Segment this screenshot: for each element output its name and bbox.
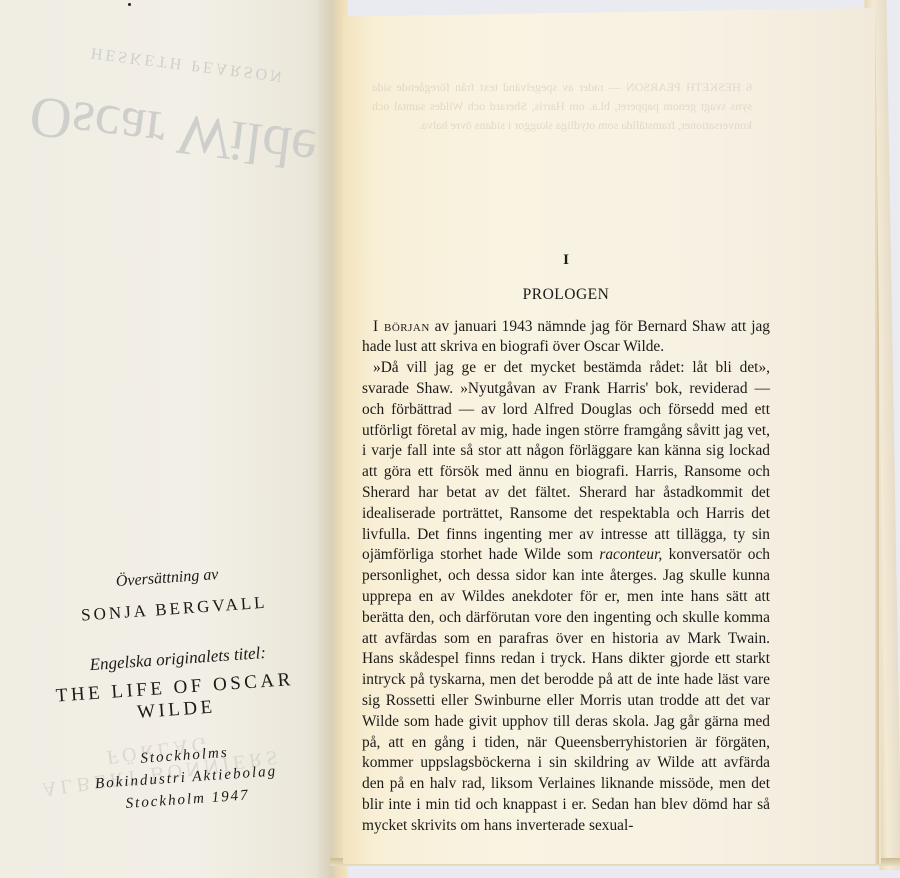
translator-name: SONJA BERGVALL: [24, 589, 325, 630]
paragraph-lead-smallcaps: I början: [373, 318, 430, 335]
imprint-block: Översättning av SONJA BERGVALL Engelska …: [0, 559, 330, 823]
chapter-number: I: [362, 250, 770, 271]
show-through-text: 6 HESKETH PEARSON — rader av spegelvänd …: [372, 78, 752, 135]
publisher-block: Stockholms Bokindustri Aktiebolag Stockh…: [34, 734, 330, 821]
chapter-text-block: I PROLOGEN I början av januari 1943 nämn…: [362, 250, 770, 837]
paragraph-text: konversatör och personlighet, och dessa …: [362, 546, 770, 833]
italic-term: raconteur,: [599, 546, 662, 563]
paragraph: I början av januari 1943 nämnde jag för …: [362, 317, 770, 359]
show-through-author: HESKETH PEARSON: [78, 42, 299, 87]
chapter-title: PROLOGEN: [362, 285, 770, 306]
paragraph: »Då vill jag ge er det mycket bestämda r…: [362, 358, 770, 836]
show-through-title: Oscar Wilde: [25, 83, 321, 185]
left-page-title-verso: HESKETH PEARSON Oscar Wilde ALBERT BONNI…: [0, 0, 330, 878]
open-book: HESKETH PEARSON Oscar Wilde ALBERT BONNI…: [0, 0, 900, 878]
paragraph-text: »Då vill jag ge er det mycket bestämda r…: [362, 359, 770, 563]
ink-speck: [128, 3, 131, 6]
